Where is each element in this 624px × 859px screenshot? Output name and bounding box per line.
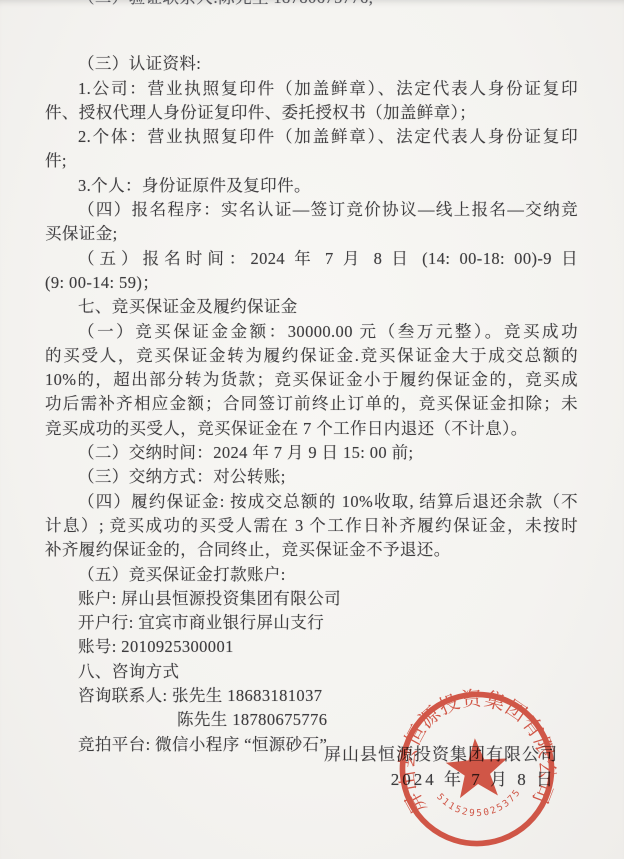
doc-line: 计息）; 竞买成功的买受人需在 3 个工作日补齐履约保证金，未按时	[45, 514, 578, 538]
doc-line: （四）报名程序：实名认证—签订竞价协议—线上报名—交纳竞	[45, 198, 578, 222]
doc-line: （二）交纳时间：2024 年 7 月 9 日 15: 00 前;	[45, 441, 578, 465]
svg-text:5115295025375: 5115295025375	[434, 786, 526, 822]
scanned-document-page: （二）验证联系人:陈先生 18780675776; （三）认证资料: 1.公司：…	[0, 0, 624, 859]
doc-section-heading: 七、竞买保证金及履约保证金	[45, 295, 578, 319]
doc-line: 件;	[45, 149, 578, 173]
doc-line: 功后需补齐相应金额；合同签订前终止订单的，竞买保证金扣除；未	[45, 392, 578, 416]
doc-line: 10%的，超出部分转为货款；竞买保证金小于履约保证金的，竞买成	[45, 368, 578, 392]
doc-line: 买保证金;	[45, 222, 578, 246]
doc-line: 的买受人，竞买保证金转为履约保证金.竞买保证金大于成交总额的	[45, 344, 578, 368]
bank-branch: 开户行: 宜宾市商业银行屏山支行	[45, 611, 578, 635]
doc-line: （一）竞买保证金金额：30000.00 元（叁万元整）。竞买成功	[45, 320, 578, 344]
doc-section-heading: 八、咨询方式	[45, 660, 578, 684]
doc-line: (9: 00-14: 59)；	[45, 271, 578, 295]
bank-account-number: 账号: 2010925300001	[45, 635, 578, 659]
doc-line: （四）履约保证金: 按成交总额的 10%收取, 结算后退还余款（不	[45, 490, 578, 514]
doc-line: 3.个人：身份证原件及复印件。	[45, 174, 578, 198]
star-icon	[444, 736, 510, 799]
doc-line: 补齐履约保证金的，合同终止，竞买保证金不予退还。	[45, 538, 578, 562]
company-seal: 屏山县恒源投资集团有限公司 5115295025375	[391, 683, 564, 856]
doc-line: 件、授权代理人身份证复印件、委托授权书（加盖鲜章）；	[45, 101, 578, 125]
doc-line: （三）交纳方式：对公转账;	[45, 465, 578, 489]
doc-line-clipped: （二）验证联系人:陈先生 18780675776;	[45, 0, 578, 10]
doc-line: （三）认证资料:	[45, 52, 578, 76]
doc-line: 竞买成功的买受人，竞买保证金在 7 个工作日内退还（不计息）。	[45, 417, 578, 441]
doc-line: 2.个体：营业执照复印件（加盖鲜章）、法定代表人身份证复印	[45, 125, 578, 149]
doc-line: （五）竞买保证金打款账户:	[45, 563, 578, 587]
document-body: （二）验证联系人:陈先生 18780675776; （三）认证资料: 1.公司：…	[0, 0, 624, 757]
seal-number: 5115295025375	[434, 786, 526, 822]
doc-line: （五）报名时间：2024 年 7 月 8 日 (14: 00-18: 00)-9…	[45, 247, 578, 271]
doc-line: 1.公司：营业执照复印件（加盖鲜章）、法定代表人身份证复印	[45, 77, 578, 101]
bank-account-name: 账户: 屏山县恒源投资集团有限公司	[45, 587, 578, 611]
